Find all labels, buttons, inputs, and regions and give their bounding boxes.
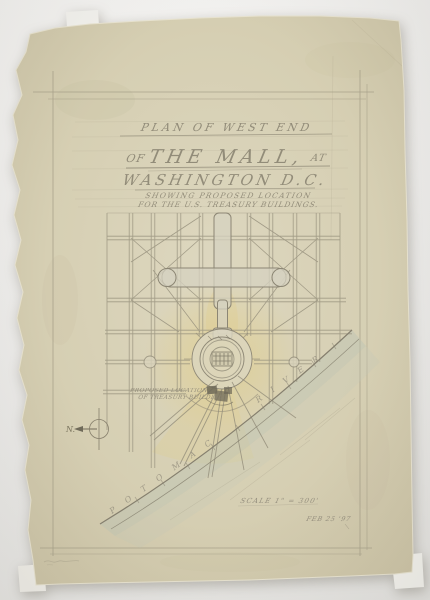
- drawing-canvas: PLAN OF WEST END OF THE MALL, AT WASHING…: [0, 0, 430, 600]
- title-line2-suffix: AT: [309, 153, 328, 164]
- proposed-location-line1: PROPOSED LOCATION: [129, 388, 209, 394]
- scale-text: SCALE 1" = 300': [240, 496, 321, 505]
- title-line2-main: THE MALL,: [147, 145, 306, 168]
- title-line1: PLAN OF WEST END: [139, 121, 314, 134]
- paper-sheet-group: PLAN OF WEST END OF THE MALL, AT WASHING…: [12, 10, 424, 592]
- compass-north-label: N.: [65, 425, 75, 434]
- photograph-of-drawing: PLAN OF WEST END OF THE MALL, AT WASHING…: [0, 0, 430, 600]
- proposed-location-line2: OF TREASURY BUILDING: [138, 395, 225, 401]
- title-line5: FOR THE U.S. TREASURY BUILDINGS.: [136, 200, 319, 209]
- title-line3: WASHINGTON D.C.: [121, 171, 329, 189]
- plaza-building: [212, 352, 232, 366]
- scale-note: SCALE 1" = 300': [238, 496, 320, 506]
- date-text: FEB 25 '97: [305, 515, 352, 523]
- title-line4: SHOWING PROPOSED LOCATION: [145, 191, 313, 200]
- title-line2-prefix: OF: [125, 152, 147, 165]
